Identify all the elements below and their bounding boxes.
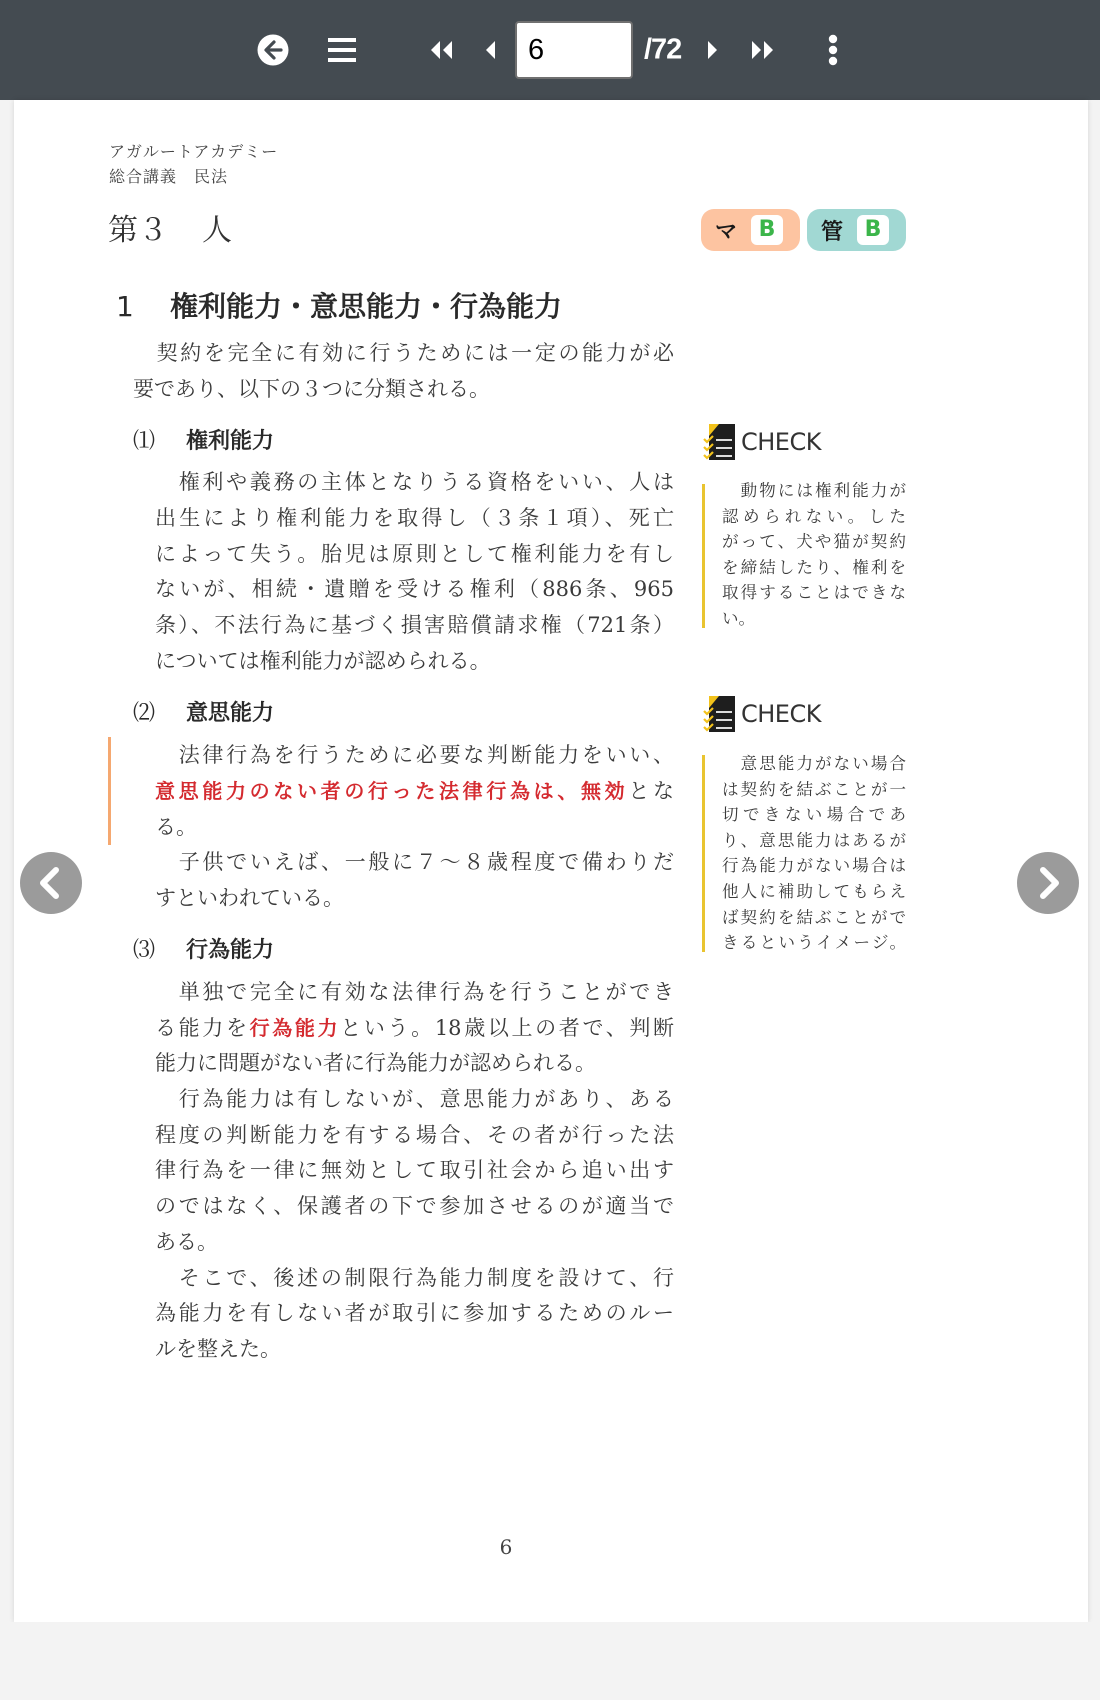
- chapter-number: 第３: [108, 213, 168, 248]
- text-line: 出生により権利能力を取得し（３条１項）、死亡: [155, 501, 674, 537]
- page-number-input[interactable]: 6: [515, 21, 633, 79]
- text-segment: とな: [628, 779, 674, 803]
- chevron-right-icon: [1033, 866, 1063, 900]
- first-page-button[interactable]: [429, 41, 455, 59]
- kebab-menu-icon: [828, 34, 838, 66]
- check-heading-2: CHECK: [703, 696, 821, 732]
- text-line: 条）、不法行為に基づく損害賠償請求権（721条）: [155, 608, 674, 644]
- check-note-1: 動物には権利能力が 認められない。した がって、犬や猫が契約 を締結したり、権利…: [722, 478, 906, 632]
- check-marker-bar: [702, 755, 705, 952]
- next-page-icon: [707, 41, 719, 59]
- back-button[interactable]: [257, 34, 289, 66]
- previous-page-arrow-button[interactable]: [20, 852, 82, 914]
- viewer-toolbar: 6 /72: [0, 0, 1100, 100]
- text-line: 法律行為を行うために必要な判断能力をいい、: [155, 738, 674, 774]
- text-line: きるというイメージ。: [722, 930, 906, 956]
- highlighted-text: 意思能力のない者の行った法律行為は、無効: [155, 779, 628, 803]
- text-line: そこで、後述の制限行為能力制度を設けて、行: [155, 1261, 674, 1297]
- section-heading: 1 権利能力・意思能力・行為能力: [116, 287, 676, 327]
- text-line: 程度の判断能力を有する場合、その者が行った法: [155, 1118, 674, 1154]
- text-line: い。: [722, 606, 906, 632]
- last-page-button[interactable]: [749, 41, 775, 59]
- text-line: 為能力を有しない者が取引に参加するためのルー: [155, 1296, 674, 1332]
- text-line: ある。: [155, 1225, 674, 1261]
- text-line: 能力に問題がない者に行為能力が認められる。: [155, 1046, 674, 1082]
- hamburger-menu-icon: [328, 37, 356, 63]
- text-line: 権利や義務の主体となりうる資格をいい、人は: [155, 465, 674, 501]
- subsection-body-1: 権利や義務の主体となりうる資格をいい、人は 出生により権利能力を取得し（３条１項…: [155, 465, 674, 680]
- subsection-heading-3: ⑶ 行為能力: [133, 933, 433, 969]
- badge-label: マ: [701, 215, 751, 246]
- text-line: 要であり、以下の３つに分類される。: [133, 372, 674, 408]
- text-line: 行為能力は有しないが、意思能力があり、ある: [155, 1082, 674, 1118]
- text-line: 他人に補助してもらえ: [722, 879, 906, 905]
- document-page: アガルートアカデミー 総合講義 民法 第３人 マ B 管 B 1 権利能力・意思…: [14, 100, 1088, 1622]
- subsection-number: ⑵: [133, 696, 155, 732]
- check-label: CHECK: [741, 700, 821, 728]
- important-marker-bar: [108, 737, 111, 845]
- page-total-label: /72: [644, 34, 681, 67]
- check-note-2: 意思能力がない場合 は契約を結ぶことが一 切できない場合であ り、意思能力はある…: [722, 751, 906, 956]
- subsection-body-2: 法律行為を行うために必要な判断能力をいい、 意思能力のない者の行った法律行為は、…: [155, 738, 674, 917]
- text-line: ないが、相続・遺贈を受ける権利（886条、965: [155, 572, 674, 608]
- badge-ma: マ B: [701, 209, 800, 251]
- first-page-icon: [429, 41, 455, 59]
- text-line: がって、犬や猫が契約: [722, 529, 906, 555]
- section-number: 1: [116, 287, 134, 327]
- text-line: すといわれている。: [155, 881, 674, 917]
- back-arrow-circle-icon: [257, 34, 289, 66]
- text-line: 意思能力がない場合: [722, 751, 906, 777]
- next-page-arrow-button[interactable]: [1017, 852, 1079, 914]
- section-intro: 契約を完全に有効に行うためには一定の能力が必 要であり、以下の３つに分類される。: [133, 336, 674, 408]
- checklist-icon: [703, 696, 735, 732]
- viewer-background: [0, 1622, 1100, 1700]
- text-line: ば契約を結ぶことがで: [722, 905, 906, 931]
- text-line: については権利能力が認められる。: [155, 644, 674, 680]
- check-label: CHECK: [741, 428, 821, 456]
- check-heading-1: CHECK: [703, 424, 821, 460]
- text-line: 動物には権利能力が: [722, 478, 906, 504]
- chapter-title: 第３人: [108, 211, 232, 251]
- publisher-name: アガルートアカデミー: [109, 141, 278, 163]
- previous-page-icon: [484, 41, 496, 59]
- text-line: によって失う。胎児は原則として権利能力を有し: [155, 537, 674, 573]
- checklist-icon: [703, 424, 735, 460]
- text-line: は契約を結ぶことが一: [722, 777, 906, 803]
- subsection-title: 行為能力: [186, 933, 274, 969]
- subsection-title: 意思能力: [186, 696, 274, 732]
- text-segment: という。18歳以上の者で、判断: [340, 1016, 674, 1040]
- subsection-number: ⑶: [133, 933, 155, 969]
- badge-kan: 管 B: [807, 209, 906, 251]
- subsection-number: ⑴: [133, 424, 155, 460]
- subsection-title: 権利能力: [186, 424, 274, 460]
- section-title: 権利能力・意思能力・行為能力: [170, 287, 562, 327]
- chevron-left-icon: [36, 866, 66, 900]
- text-line: 単独で完全に有効な法律行為を行うことができ: [155, 975, 674, 1011]
- text-line: る能力を行為能力という。18歳以上の者で、判断: [155, 1011, 674, 1047]
- text-line: 行為能力がない場合は: [722, 853, 906, 879]
- subsection-body-3: 単独で完全に有効な法律行為を行うことができ る能力を行為能力という。18歳以上の…: [155, 975, 674, 1368]
- subsection-heading-1: ⑴ 権利能力: [133, 424, 433, 460]
- text-line: 取得することはできな: [722, 580, 906, 606]
- badge-grade: B: [751, 215, 783, 245]
- text-line: ルを整えた。: [155, 1332, 674, 1368]
- text-line: る。: [155, 810, 674, 846]
- more-options-button[interactable]: [828, 34, 838, 66]
- text-line: 切できない場合であ: [722, 802, 906, 828]
- text-line: を締結したり、権利を: [722, 555, 906, 581]
- last-page-icon: [749, 41, 775, 59]
- text-line: 意思能力のない者の行った法律行為は、無効とな: [155, 774, 674, 810]
- course-name: 総合講義 民法: [109, 166, 228, 188]
- text-segment: る能力を: [155, 1016, 250, 1040]
- text-line: 子供でいえば、一般に７～８歳程度で備わりだ: [155, 845, 674, 881]
- text-line: のではなく、保護者の下で参加させるのが適当で: [155, 1189, 674, 1225]
- next-page-button[interactable]: [707, 41, 719, 59]
- badge-grade: B: [857, 215, 889, 245]
- previous-page-button[interactable]: [484, 41, 496, 59]
- chapter-name: 人: [202, 213, 232, 248]
- text-line: 契約を完全に有効に行うためには一定の能力が必: [133, 336, 674, 372]
- subsection-heading-2: ⑵ 意思能力: [133, 696, 433, 732]
- text-line: 認められない。した: [722, 504, 906, 530]
- page-number: 6: [476, 1535, 536, 1559]
- outline-menu-button[interactable]: [328, 37, 356, 63]
- check-marker-bar: [702, 484, 705, 628]
- badge-label: 管: [807, 215, 857, 246]
- text-line: 律行為を一律に無効として取引社会から追い出す: [155, 1153, 674, 1189]
- text-line: り、意思能力はあるが: [722, 828, 906, 854]
- highlighted-text: 行為能力: [250, 1016, 341, 1040]
